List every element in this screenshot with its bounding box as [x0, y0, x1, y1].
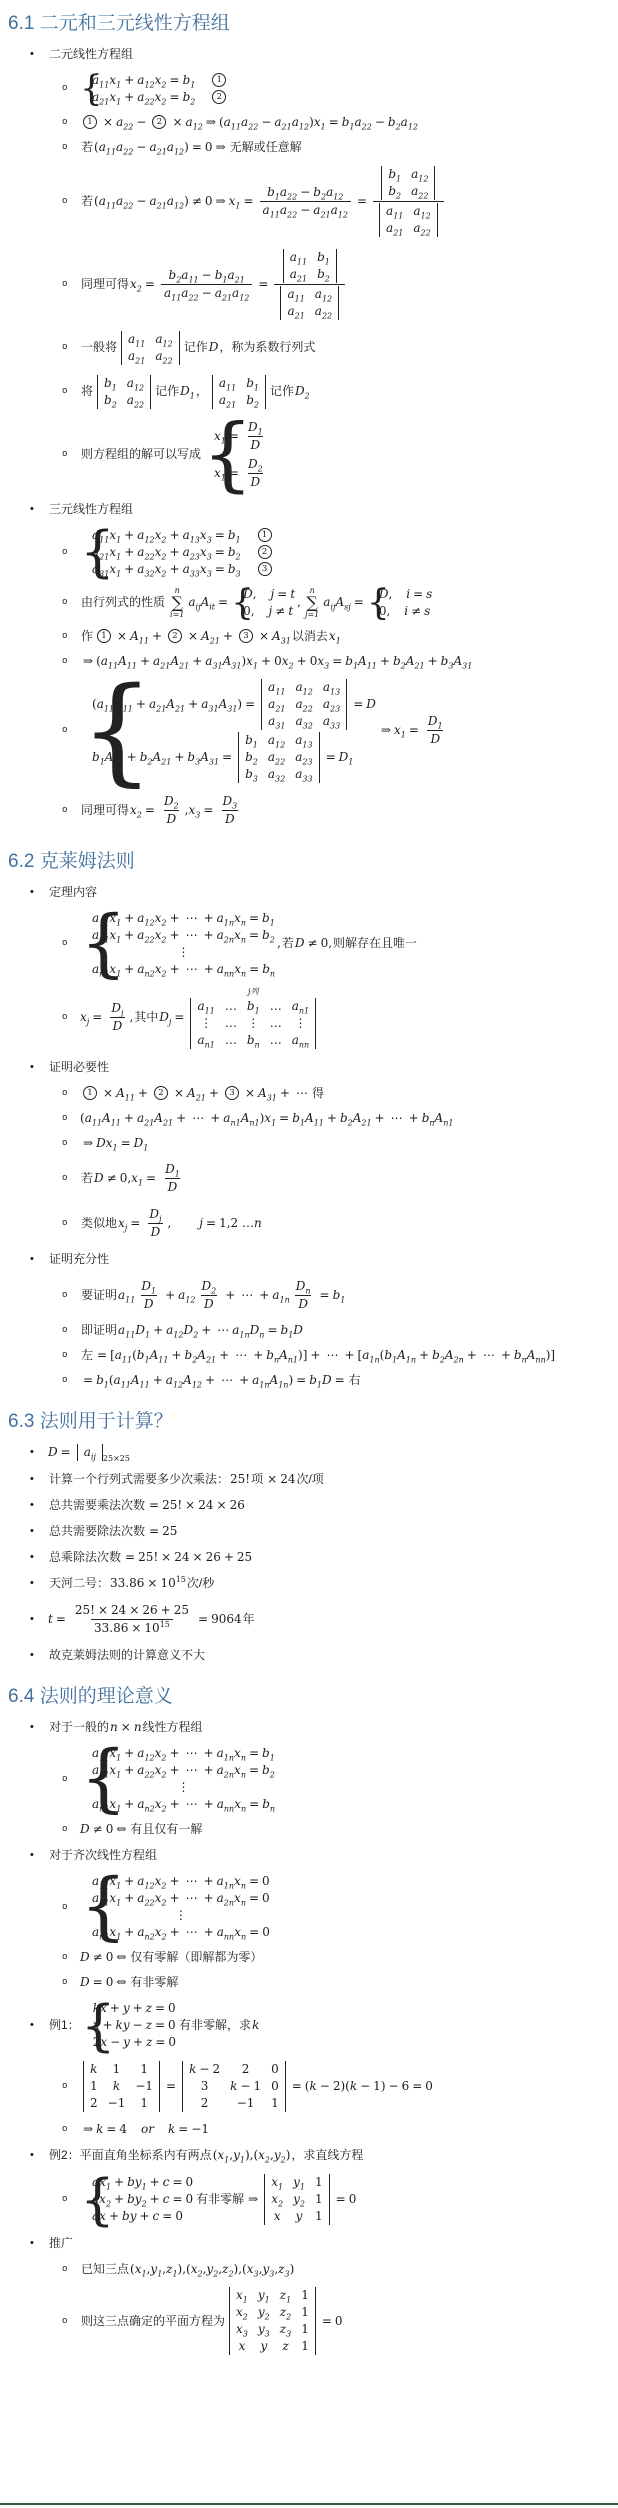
- item-content: 推广: [48, 2236, 74, 2251]
- math-roman: 33.86: [110, 1576, 144, 1591]
- text-run: 若: [81, 1171, 93, 1186]
- math-variable: a33: [183, 562, 200, 577]
- crow: a11x1+a12x2=b11: [92, 73, 229, 88]
- equation-system: {(a11A11+a21A21+a31A31)=a11a12a13a21a22a…: [82, 679, 376, 783]
- item-content: {a11x1+a12x2+a13x3=b11a21x1+a22x2+a23x3=…: [80, 528, 277, 577]
- math-operator: ⇒: [83, 1136, 93, 1151]
- math-operator: =: [61, 1445, 71, 1460]
- math-operator: +: [204, 928, 214, 943]
- bullet-item: o则这三点确定的平面方程为x1y1z11x2y2z21x3y3z31xyz1=0: [8, 2287, 614, 2355]
- brace: {: [80, 1742, 127, 1816]
- bullet-item: •二元线性方程组: [8, 47, 614, 62]
- math-variable: x1: [217, 2148, 229, 2163]
- bullet-marker-icon: •: [30, 1850, 48, 1861]
- math-roman: 25!: [230, 1472, 250, 1487]
- math-variable: a12: [331, 203, 348, 218]
- math-variable: y: [123, 2035, 130, 2050]
- math-roman: −1: [237, 2096, 255, 2110]
- bullet-marker-icon: o: [62, 1139, 80, 1148]
- drow: 1k−1: [85, 2078, 158, 2095]
- dcell: x3: [231, 2321, 253, 2338]
- math-operator: +: [204, 1874, 214, 1889]
- math-variable: D: [167, 812, 177, 827]
- bullet-marker-icon: o: [62, 1291, 80, 1300]
- math-roman: 2: [242, 2062, 250, 2076]
- math-operator: +: [114, 2192, 124, 2207]
- math-variable: b1: [333, 1288, 346, 1303]
- bullet-item: •计算一个行列式需要多少次乘法：25!项×24次/项: [8, 1472, 614, 1487]
- math-operator: +: [375, 1111, 385, 1126]
- bullet-marker-icon: o: [62, 2082, 80, 2091]
- bullet-marker-icon: o: [62, 143, 80, 152]
- math-variable: i: [406, 587, 410, 602]
- drow: b1a12: [383, 166, 433, 183]
- section: 6.2 克莱姆法则•定理内容o{a11x1+a12x2+⋯+a1nxn=b1a2…: [8, 850, 614, 1388]
- math-variable: a21: [227, 268, 244, 283]
- drow: 3k−10: [184, 2078, 284, 2095]
- bullet-marker-icon: •: [30, 504, 48, 515]
- math-variable: a21: [290, 267, 307, 281]
- item-content: 对于一般的n×n线性方程组: [48, 1720, 204, 1735]
- math-variable: b1: [281, 1323, 294, 1338]
- math-variable: a12: [315, 287, 332, 301]
- dcell: z: [275, 2338, 296, 2355]
- math-roman: 25!: [138, 1550, 158, 1565]
- math-operator: ×: [259, 629, 269, 644]
- text-run: 次/秒: [187, 1576, 214, 1591]
- math-operator: =: [292, 2079, 302, 2094]
- math-operator: +: [170, 1925, 180, 1940]
- dcell: a13: [318, 679, 345, 696]
- bullet-item: •D=aij25×25: [8, 1444, 614, 1461]
- math-roman: 0: [205, 194, 213, 209]
- math-variable: D: [151, 1225, 161, 1240]
- drow: xyz1: [231, 2338, 314, 2355]
- math-roman: ),: [178, 2262, 187, 2277]
- math-roman: ,: [277, 936, 281, 951]
- math-operator: ⋯: [221, 1373, 233, 1388]
- math-variable: D: [293, 1323, 303, 1338]
- math-variable: D: [295, 936, 305, 951]
- math-roman: )(: [340, 2079, 349, 2094]
- mdet: a11…b1j列…an1⋮…⋮…⋮an1…bn…ann: [190, 998, 316, 1049]
- equation-system: {a11x1+a12x2+⋯+a1nxn=0a21x1+a22x2+⋯+a2nx…: [82, 1874, 270, 1940]
- bullet-marker-icon: •: [30, 1062, 48, 1073]
- text-run: 右: [349, 1373, 361, 1388]
- text-run: 有非零解: [196, 2192, 244, 2207]
- math-roman: 26: [206, 1550, 221, 1565]
- dcell: a11: [214, 375, 241, 392]
- brace: {: [367, 585, 390, 621]
- crow: a21x1+a22x2=b22: [92, 90, 229, 105]
- bullet-marker-icon: o: [62, 1351, 80, 1360]
- dcell: 2: [85, 2095, 103, 2112]
- drow: x3y3z31: [231, 2321, 314, 2338]
- math-variable: Dj: [159, 1010, 171, 1025]
- math-roman: ): [288, 1373, 293, 1388]
- fraction: D3D: [219, 793, 240, 828]
- math-variable: a1n: [362, 1348, 379, 1363]
- bullet-marker-icon: o: [62, 280, 80, 289]
- math-operator: ⋯: [186, 928, 198, 943]
- dcell: a22: [150, 348, 177, 365]
- math-operator: =: [172, 2175, 182, 2190]
- item-content: 二元线性方程组: [48, 47, 134, 62]
- math-operator: ≠: [308, 936, 318, 951]
- den: a11a12a21a22: [274, 284, 345, 321]
- math-operator: =: [162, 2209, 172, 2224]
- bullet-item: o将b1a12b2a22记作D1，a11b1a21b2记作D2: [8, 375, 614, 409]
- bullet-item: o类似地xj=DjD,j=1,2 …n: [8, 1206, 614, 1241]
- math-roman: ⋮: [175, 1908, 187, 1923]
- bullet-marker-icon: •: [30, 1500, 48, 1511]
- num: b2a11−b1a21: [166, 267, 248, 284]
- math-roman: −1: [191, 2122, 209, 2137]
- math-roman: )]: [298, 1348, 307, 1363]
- math-variable: D: [48, 1445, 58, 1460]
- math-variable: b1: [345, 654, 358, 669]
- math-variable: D: [80, 1975, 90, 1990]
- dcell: b2: [383, 183, 406, 200]
- crow: a21x1+a22x2+a23x3=b22: [92, 545, 275, 560]
- circled-number-icon: 2: [152, 115, 166, 129]
- math-roman: 25!: [75, 1603, 95, 1618]
- math-variable: y: [130, 2209, 137, 2224]
- math-variable: a22: [315, 304, 332, 318]
- math-variable: a12: [166, 1323, 183, 1338]
- math-variable: D1: [339, 750, 354, 765]
- bullet-item: o(a11A11+a21A21+⋯+an1An1)x1=b1A11+b2A21+…: [8, 1111, 614, 1126]
- drow: a11b1: [214, 375, 264, 392]
- bullet-item: o{(a11A11+a21A21+a31A31)=a11a12a13a21a22…: [8, 679, 614, 783]
- math-operator: +: [114, 2175, 124, 2190]
- equation-system: {D,j=t0,j≠t: [233, 587, 295, 619]
- bullet-marker-icon: o: [62, 1953, 80, 1962]
- bullet-marker-icon: o: [62, 939, 80, 948]
- math-variable: a21: [153, 654, 170, 669]
- crow: a11x1+a12x2+a13x3=b11: [92, 528, 275, 543]
- math-operator: =: [146, 1171, 156, 1186]
- math-variable: D1: [428, 714, 443, 729]
- math-roman: 0: [271, 2079, 279, 2093]
- math-operator: +: [280, 1086, 290, 1101]
- math-variable: k: [309, 2079, 316, 2094]
- math-operator: =: [249, 928, 259, 943]
- math-variable: y: [296, 2209, 303, 2223]
- math-operator: =: [174, 1010, 184, 1025]
- drow: b1a12a13: [240, 732, 317, 749]
- bullet-item: o同理可得x2=b2a11−b1a21a11a22−a21a12=a11b1a2…: [8, 248, 614, 321]
- dcell: 3: [184, 2078, 225, 2095]
- math-operator: +: [188, 697, 198, 712]
- math-operator: =: [249, 1891, 259, 1906]
- math-variable: D: [225, 812, 235, 827]
- item-content: 证明充分性: [48, 1252, 110, 1267]
- math-operator: ≠: [93, 1822, 103, 1837]
- math-variable: a21: [313, 203, 330, 218]
- brace: {: [80, 907, 127, 981]
- math-variable: A31: [272, 629, 291, 644]
- math-operator: −: [202, 286, 212, 301]
- math-operator: ×: [103, 115, 113, 130]
- math-variable: A31: [453, 654, 472, 669]
- drow: ⋮…⋮…⋮: [192, 1015, 314, 1032]
- math-variable: z2: [222, 2262, 233, 2277]
- math-roman: ): [381, 2079, 386, 2094]
- dcell: a11: [285, 249, 312, 266]
- item-content: (a11A11+a21A21+⋯+an1An1)x1=b1A11+b2A21+⋯…: [80, 1111, 453, 1126]
- math-variable: b1: [309, 1373, 322, 1388]
- brace: {: [80, 525, 115, 580]
- dcell: y3: [253, 2321, 275, 2338]
- bullet-item: o则方程组的解可以写成{x1=D1Dx1=D2D: [8, 419, 614, 491]
- math-variable: a12: [137, 1746, 154, 1761]
- dcell: b3: [240, 766, 263, 783]
- math-operator: ⋯: [186, 911, 198, 926]
- item-content: 1×a22−2×a12⇒(a11a22−a21a12)x1=b1a22−b2a1…: [80, 115, 418, 130]
- math-variable: x1: [314, 115, 326, 130]
- math-variable: an2: [137, 1925, 154, 1940]
- math-variable: A21: [154, 1111, 173, 1126]
- math-operator: =: [215, 545, 225, 560]
- math-variable: y1: [233, 2148, 245, 2163]
- determinant: a11…b1j列…an1⋮…⋮…⋮an1…bn…ann: [190, 987, 316, 1049]
- math-operator: =: [222, 750, 232, 765]
- dcell: ⋮: [242, 1015, 265, 1032]
- bullet-item: o⇒Dx1=D1: [8, 1136, 614, 1151]
- math-variable: a21: [386, 221, 403, 235]
- math-variable: z: [146, 2018, 152, 2033]
- math-variable: a21: [137, 1111, 154, 1126]
- math-operator: +: [201, 1323, 211, 1338]
- text-run: 有非零解，求: [179, 2018, 251, 2033]
- drow: a11a12a13: [263, 679, 345, 696]
- dcell: 1: [310, 2208, 328, 2225]
- math-variable: D: [80, 1822, 90, 1837]
- math-variable: a12: [167, 140, 184, 155]
- math-variable: a22: [411, 184, 428, 198]
- math-variable: D1: [134, 1136, 149, 1151]
- math-variable: x3: [236, 2322, 248, 2336]
- fraction: D2D: [198, 1278, 219, 1313]
- mdet: x1y1z11x2y2z21x3y3z31xyz1: [229, 2287, 316, 2355]
- dcell: a22: [310, 303, 337, 320]
- drow: a21a22a23: [263, 696, 345, 713]
- bullet-item: o同理可得x2=D2D,x3=D3D: [8, 793, 614, 828]
- math-variable: bn: [514, 1348, 527, 1363]
- math-variable: y3: [262, 2262, 274, 2277]
- bullet-item: o{ax1+by1+c=0ax2+by2+c=0ax+by+c=0有非零解⇒x1…: [8, 2174, 614, 2225]
- bullet-marker-icon: o: [62, 1903, 80, 1912]
- text-run: 左: [81, 1348, 93, 1363]
- math-variable: a11: [224, 115, 241, 130]
- dcell: x: [231, 2338, 253, 2355]
- math-variable: aij: [188, 595, 200, 610]
- section-title: 6.2 克莱姆法则: [8, 850, 614, 874]
- math-operator: −: [360, 2079, 370, 2094]
- text-run: 若: [81, 140, 93, 155]
- math-operator: =: [93, 1975, 103, 1990]
- bullet-marker-icon: o: [62, 1114, 80, 1123]
- math-variable: k: [96, 2122, 103, 2137]
- math-operator: +: [153, 1373, 163, 1388]
- math-variable: b1: [183, 73, 196, 88]
- math-operator: +: [170, 1763, 180, 1778]
- math-variable: t: [48, 1612, 53, 1627]
- drow: a21a22: [282, 303, 337, 320]
- math-variable: a11: [99, 194, 116, 209]
- math-operator: =: [354, 595, 364, 610]
- dcell: a21: [214, 392, 241, 409]
- math-variable: Ait: [201, 595, 215, 610]
- math-roman: 26: [230, 1498, 245, 1513]
- fraction: DjD: [146, 1206, 164, 1241]
- bullet-marker-icon: •: [30, 2238, 48, 2249]
- math-variable: a1n: [272, 1288, 289, 1303]
- math-variable: b2: [104, 393, 117, 407]
- math-variable: Dj: [149, 1207, 161, 1222]
- math-variable: z: [146, 2001, 152, 2016]
- den: D: [427, 730, 443, 748]
- math-variable: D: [204, 1297, 214, 1312]
- math-variable: a11: [386, 204, 403, 218]
- math-variable: A11: [131, 1373, 150, 1388]
- math-variable: a32: [268, 767, 285, 781]
- bullet-marker-icon: o: [62, 2265, 80, 2274]
- math-operator: ×: [193, 1550, 203, 1565]
- math-operator: ⋯: [186, 1797, 198, 1812]
- math-operator: =: [412, 2079, 422, 2094]
- math-operator: =: [249, 1797, 259, 1812]
- math-operator: +: [170, 1874, 180, 1889]
- num: Dj: [146, 1206, 164, 1223]
- math-variable: x2: [191, 2262, 203, 2277]
- num: D2: [161, 793, 182, 810]
- math-roman: 1: [90, 2079, 98, 2093]
- bullet-marker-icon: o: [62, 1219, 80, 1228]
- dcell: x1: [266, 2174, 288, 2191]
- math-operator: =: [215, 528, 225, 543]
- math-variable: A31: [219, 697, 238, 712]
- dcell: a22: [263, 749, 290, 766]
- bullet-item: •总共需要乘法次数=25!×24×26: [8, 1498, 614, 1513]
- math-variable: An1: [241, 1111, 260, 1126]
- dcell: x2: [231, 2304, 253, 2321]
- dcell: a21: [381, 220, 408, 237]
- math-operator: +: [170, 1797, 180, 1812]
- math-operator: ×: [129, 1603, 139, 1618]
- math-roman: ),: [234, 2262, 243, 2277]
- math-roman: ,: [297, 595, 301, 610]
- math-operator: ⇒: [381, 723, 391, 738]
- math-variable: n: [134, 1720, 142, 1735]
- bullet-item: •证明必要性: [8, 1060, 614, 1075]
- math-operator: −: [136, 194, 146, 209]
- item-content: 计算一个行列式需要多少次乘法：25!项×24次/项: [48, 1472, 325, 1487]
- math-variable: k: [252, 2018, 259, 2033]
- math-roman: 9064: [211, 1612, 242, 1627]
- text-run: 故克莱姆法则的计算意义不大: [49, 1648, 205, 1663]
- math-operator: ⋯: [391, 1111, 403, 1126]
- math-variable: b2: [228, 545, 241, 560]
- math-operator: =: [332, 654, 342, 669]
- bullet-item: •例1：{kx+y+z=0x+ky−z=02x−y+z=0有非零解，求k: [8, 2001, 614, 2050]
- item-content: 总乘除法次数=25!×24×26+25: [48, 1550, 252, 1565]
- math-variable: bn: [262, 1797, 275, 1812]
- bullet-item: oD=0⇔有非零解: [8, 1975, 614, 1990]
- math-operator: =: [155, 2001, 165, 2016]
- item-content: 则方程组的解可以写成{x1=D1Dx1=D2D: [80, 419, 271, 491]
- math-roman: ): [184, 194, 189, 209]
- math-variable: A21: [152, 750, 171, 765]
- determinant: a11a12a21a22: [121, 331, 180, 365]
- dcell: a21: [282, 303, 309, 320]
- bullet-item: ok111k−12−11=k−2203k−102−11=(k−2)(k−1)−6…: [8, 2061, 614, 2112]
- math-operator: −: [133, 2018, 143, 2033]
- math-variable: a2n: [217, 928, 234, 943]
- dcell: ⋮: [287, 1015, 314, 1032]
- circled-number-icon: 1: [258, 528, 272, 542]
- fraction: a11b1a21b2a11a12a21a22: [274, 248, 345, 321]
- math-operator: +: [259, 1288, 269, 1303]
- dcell: an1: [192, 1032, 219, 1049]
- math-operator: =: [335, 1373, 345, 1388]
- math-variable: a12: [401, 115, 418, 130]
- math-operator: +: [204, 1763, 214, 1778]
- drow: x2y2z21: [231, 2304, 314, 2321]
- math-operator: =: [149, 1498, 159, 1513]
- dcell: a12: [310, 286, 337, 303]
- math-operator: ×: [174, 1086, 184, 1101]
- math-roman: −1: [108, 2096, 126, 2110]
- math-variable: x2: [155, 545, 167, 560]
- math-variable: a12: [178, 1288, 195, 1303]
- notes-page: 6.1 二元和三元线性方程组•二元线性方程组o{a11x1+a12x2=b11a…: [0, 0, 618, 2508]
- math-variable: a21: [215, 286, 232, 301]
- math-variable: D2: [295, 384, 310, 399]
- math-operator: +: [419, 1348, 429, 1363]
- math-roman: 0: [274, 654, 282, 669]
- math-variable: x2: [155, 562, 167, 577]
- dcell: 1: [130, 2061, 158, 2078]
- math-operator: +: [170, 1891, 180, 1906]
- math-variable: x1: [246, 654, 258, 669]
- text-run: 得: [312, 1086, 324, 1101]
- dcell: z3: [275, 2321, 296, 2338]
- math-variable: a22: [354, 115, 371, 130]
- item-content: 对于齐次线性方程组: [48, 1848, 158, 1863]
- math-operator: +: [210, 1111, 220, 1126]
- math-roman: 26: [142, 1603, 157, 1618]
- item-content: 总共需要乘法次数=25!×24×26: [48, 1498, 245, 1513]
- math-variable: D: [366, 697, 376, 712]
- item-content: 总共需要除法次数=25: [48, 1524, 177, 1539]
- mdet: a11a12a21a22: [379, 203, 438, 237]
- den: a11a12a21a22: [373, 201, 444, 238]
- dcell: b1: [99, 375, 122, 392]
- math-variable: b1: [215, 268, 228, 283]
- math-roman: ): [184, 140, 189, 155]
- math-variable: a2n: [217, 1891, 234, 1906]
- item-content: 将b1a12b2a22记作D1，a11b1a21b2记作D2: [80, 375, 310, 409]
- math-operator: −: [389, 2079, 399, 2094]
- math-operator: =: [336, 2192, 346, 2207]
- bullet-marker-icon: o: [62, 1376, 80, 1385]
- math-variable: D: [298, 1297, 308, 1312]
- dcell: a33: [290, 766, 317, 783]
- math-variable: a12: [326, 185, 343, 200]
- math-variable: s: [424, 604, 430, 619]
